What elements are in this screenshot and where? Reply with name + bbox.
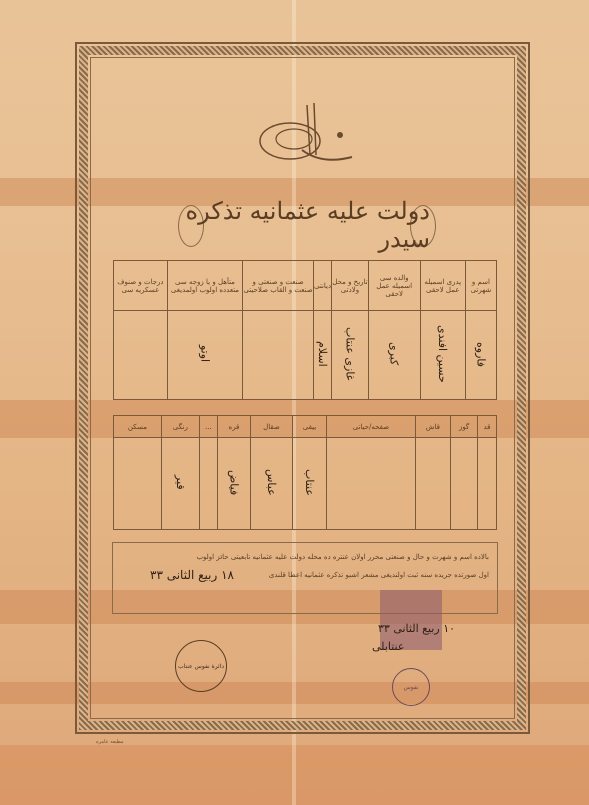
declaration-line-1: بالاده اسم و شهرت و حال و صنعتی محرر اول… <box>196 553 489 561</box>
header-col: ییقی <box>292 416 326 438</box>
header-mother: والده سی اسمیله عمل لاحقی <box>368 261 420 311</box>
cell-marital: اوتو <box>198 345 211 362</box>
official-seal-right: نفوس <box>392 668 430 706</box>
header-col: قره <box>217 416 250 438</box>
cell-father: حسین افندی <box>436 325 449 383</box>
header-col: قد <box>478 416 497 438</box>
handwritten-date: ١٨ ربیع الثانی ٣٣ <box>150 568 234 582</box>
cell-value: قیر <box>174 475 187 490</box>
stamp-date: ١٠ ربیع الثانی ٣٣ <box>378 622 455 635</box>
cell-birth: غازی عنتاب <box>343 327 356 380</box>
printer-note: مطبعه عامره <box>96 739 124 745</box>
personal-info-table: اسم و شهرتی پدری اسمیله عمل لاحقی والده … <box>113 260 497 400</box>
declaration-line-2: اول صورتده جریده سنه ثبت اولندیغی مشعر ا… <box>269 571 489 579</box>
cell-value: فیاض <box>227 470 240 495</box>
tughra-emblem <box>252 95 362 175</box>
header-col: صقال <box>251 416 293 438</box>
header-col: گوز <box>451 416 478 438</box>
cell-value: عنتاب <box>303 469 316 496</box>
header-birth: تاریخ و محل ولادتی <box>332 261 369 311</box>
header-col: رنگی <box>161 416 199 438</box>
physical-description-table: قد گوز قاش صفحه/حیاتی ییقی صقال قره ... … <box>113 415 497 530</box>
cell-name: فاروه <box>474 342 487 367</box>
header-occupation: صنعت و صنعتی و صنعت و القاب صلاحیتی <box>243 261 314 311</box>
official-seal-left: دائرۀ نفوس عنتاب <box>175 640 227 692</box>
cell-mother: کبری <box>388 342 401 365</box>
header-col: صفحه/حیاتی <box>327 416 416 438</box>
header-name: اسم و شهرتی <box>465 261 496 311</box>
header-religion: دیانتی <box>314 261 332 311</box>
header-marital: متأهل و یا زوجه سی متعدده اولوب اولمدیغی <box>167 261 242 311</box>
header-military: درجات و صنوف عسکریه سی <box>114 261 168 311</box>
cell-religion: اسلام <box>316 341 329 367</box>
official-signature: عنتابلی <box>372 640 404 653</box>
header-father: پدری اسمیله عمل لاحقی <box>420 261 465 311</box>
header-col: مسکن <box>114 416 162 438</box>
header-col: قاش <box>415 416 451 438</box>
document-title: دولت علیه عثمانیه تذکره سیدر <box>180 200 430 250</box>
document-paper: دولت علیه عثمانیه تذکره سیدر اسم و شهرتی… <box>0 0 589 805</box>
header-col: ... <box>199 416 217 438</box>
cell-value: عباس <box>265 469 278 496</box>
